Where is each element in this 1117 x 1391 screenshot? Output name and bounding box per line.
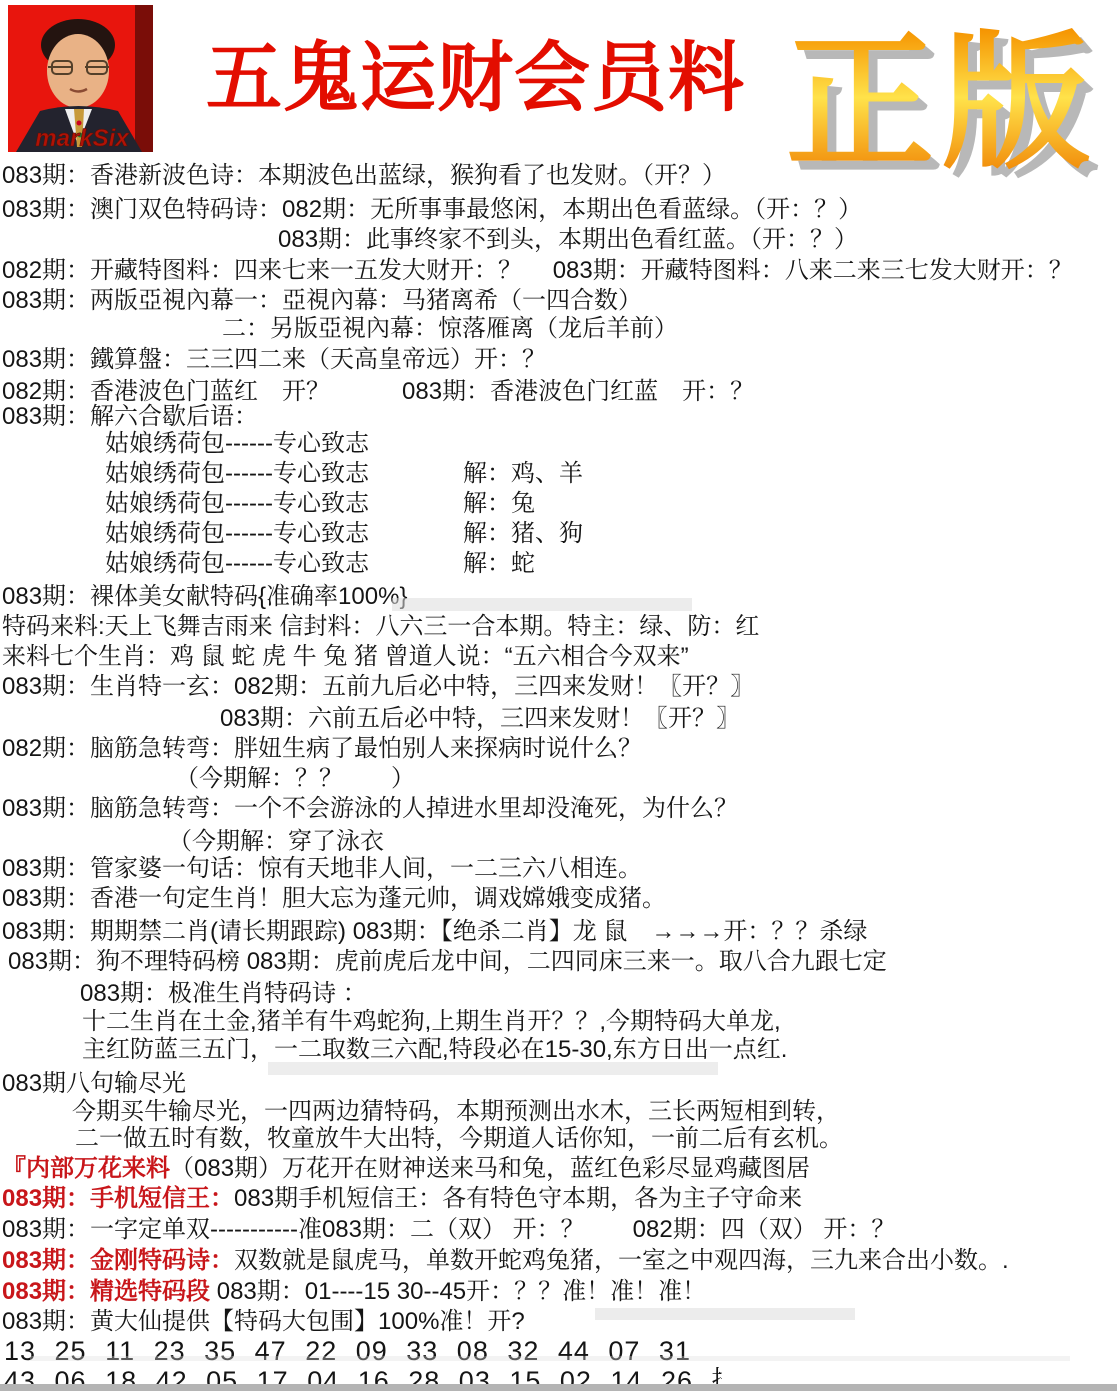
doc-line: 特码来料:天上飞舞吉雨来 信封料：八六三一合本期。特主：绿、防：红 [2,613,759,641]
doc-line: 主红防蓝三五门，一二取数三六配,特段必在15-30,东方日出一点红. [82,1036,787,1064]
doc-line: 083期：一字定单双-----------准083期：二（双） 开：？ 082期… [2,1216,895,1244]
doc-line: 083期八句输尽光 [2,1070,186,1098]
lottery-info-sheet: markSix 五鬼运财会员料 正版 083期：香港新波色诗：本期波色出蓝绿，猴… [0,0,1117,1391]
doc-line: 083期：管家婆一句话：惊有天地非人间，一二三六八相连。 [2,855,642,883]
doc-line: 来料七个生肖：鸡 鼠 蛇 虎 牛 兔 猪 曾道人说：“五六相合今双来” [2,643,689,671]
doc-line: 083期：解六合歇后语： [2,403,258,431]
doc-line: 083期：裸体美女献特码{准确率100%} [2,583,407,611]
doc-line: 二一做五时有数，牧童放牛大出特，今期道人话你知，一前二后有玄机。 [75,1125,843,1153]
doc-line: 『内部万花来料（083期）万花开在财神送来马和兔，蓝红色彩尽显鸡藏图居 [2,1155,810,1183]
doc-line: 今期买牛输尽光，一四两边猜特码，本期预测出水木，三长两短相到转， [72,1098,840,1126]
doc-line: 十二生肖在土金,猪羊有牛鸡蛇狗,上期生肖开？？,今期特码大单龙, [82,1008,781,1036]
doc-line: 083期：生肖特一玄：082期：五前九后必中特，三四来发财！〖开？〗 [2,673,754,701]
scan-artifact [392,598,692,611]
face [47,34,109,108]
doc-line: 姑娘绣荷包------专心致志解：猪、狗 [105,520,583,548]
genuine-watermark: 正版 [786,28,1098,183]
doc-line: 083期：黄大仙提供【特码大包围】100%准！开? [2,1308,525,1336]
doc-line: 二：另版亞視內幕：惊落雁离（龙后羊前） [222,315,678,343]
doc-line: 姑娘绣荷包------专心致志解：鸡、羊 [105,460,583,488]
doc-line: 083期：香港新波色诗：本期波色出蓝绿，猴狗看了也发财。（开？） [2,162,726,190]
doc-line: 082期：脑筋急转弯：胖妞生病了最怕别人来探病时说什么？ [2,735,642,763]
doc-line: （今期解：穿了泳衣 [168,828,384,856]
doc-line: 083期：手机短信王：083期手机短信王：各有特色守本期，各为主子守命来 [2,1185,802,1213]
page-title: 五鬼运财会员料 [206,38,745,122]
doc-line: 083期：金刚特码诗：双数就是鼠虎马，单数开蛇鸡兔猪，一室之中观四海，三九来合出… [2,1247,1009,1275]
portrait-photo: markSix [8,5,153,152]
doc-line: 083期：脑筋急转弯：一个不会游泳的人掉进水里却没淹死，为什么？ [2,795,738,823]
scan-artifact [30,1356,1070,1361]
doc-line: 083期：香港一句定生肖！胆大忘为蓬元帅，调戏嫦娥变成猪。 [2,885,666,913]
doc-line: 083期：此事终家不到头，本期出色看红蓝。（开：？） [278,226,858,254]
doc-line: （今期解：？？ ） [175,765,415,793]
doc-line: 083期：澳门双色特码诗：082期：无所事事最悠闲，本期出色看蓝绿。（开：？） [2,196,862,224]
doc-line: 姑娘绣荷包------专心致志 [105,430,369,458]
doc-line: 082期：开藏特图料：四来七来一五发大财开：？ 083期：开藏特图料：八来二来三… [2,257,1073,285]
doc-line: 083期：期期禁二肖(请长期跟踪) 083期：【绝杀二肖】龙 鼠 →→→开：？？… [2,918,867,946]
bottom-gray-strip [0,1384,1117,1391]
photo-brand-text: markSix [35,125,130,152]
doc-line: 083期：精选特码段 083期：01----15 30--45开：？？准！准！准… [2,1278,706,1306]
doc-line: 082期：香港波色门蓝红 开？ 083期：香港波色门红蓝 开：？ [2,378,754,406]
doc-line: 083期：狗不理特码榜 083期：虎前虎后龙中间，二四同床三来一。取八合九跟七定 [8,948,887,976]
scan-artifact [268,1062,718,1075]
doc-line: 083期：两版亞視內幕一：亞視內幕：马猪离希（一四合数） [2,287,642,315]
doc-line: 083期：极准生肖特码诗 ： [80,980,367,1008]
scan-artifact [595,1308,855,1320]
doc-line: 姑娘绣荷包------专心致志解：兔 [105,490,535,518]
doc-line: 083期：鐵算盤：三三四二来（天高皇帝远）开：？ [2,346,546,374]
doc-line: 姑娘绣荷包------专心致志解：蛇 [105,550,535,578]
doc-line: 083期：六前五后必中特，三四来发财！〖开？〗 [220,705,740,733]
